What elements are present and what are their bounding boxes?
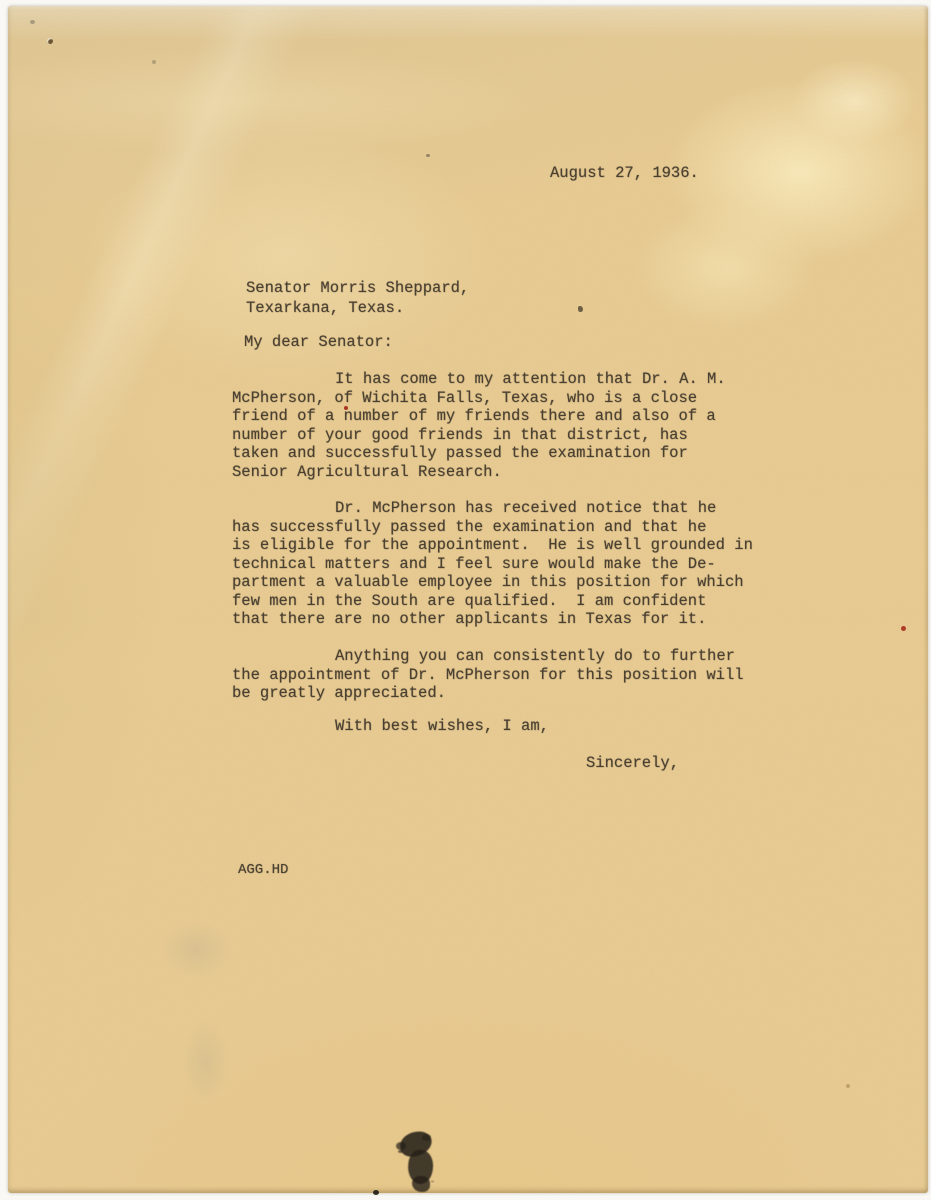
paper-speck — [426, 154, 430, 157]
letter-scan: August 27, 1936. Senator Morris Sheppard… — [0, 0, 931, 1200]
red-ink-speck — [901, 626, 906, 631]
body-paragraph-1: It has come to my attention that Dr. A. … — [232, 370, 726, 481]
paper-speck — [30, 20, 35, 24]
body-paragraph-2: Dr. McPherson has received notice that h… — [232, 499, 753, 629]
paper-speck — [846, 1084, 850, 1088]
ink-dot — [373, 1190, 379, 1195]
paper-speck — [152, 60, 156, 64]
check-mark-speck — [578, 306, 583, 312]
body-paragraph-3: Anything you can consistently do to furt… — [232, 647, 744, 703]
signoff: Sincerely, — [586, 754, 679, 773]
salutation: My dear Senator: — [244, 333, 393, 352]
letter-date: August 27, 1936. — [550, 164, 699, 183]
recipient-address: Senator Morris Sheppard, Texarkana, Texa… — [246, 278, 469, 318]
red-ink-speck — [344, 406, 348, 410]
typist-initials: AGG.HD — [238, 861, 288, 880]
letter-paper: August 27, 1936. Senator Morris Sheppard… — [8, 6, 928, 1193]
closing-line: With best wishes, I am, — [335, 717, 549, 736]
paper-speck — [47, 38, 53, 44]
